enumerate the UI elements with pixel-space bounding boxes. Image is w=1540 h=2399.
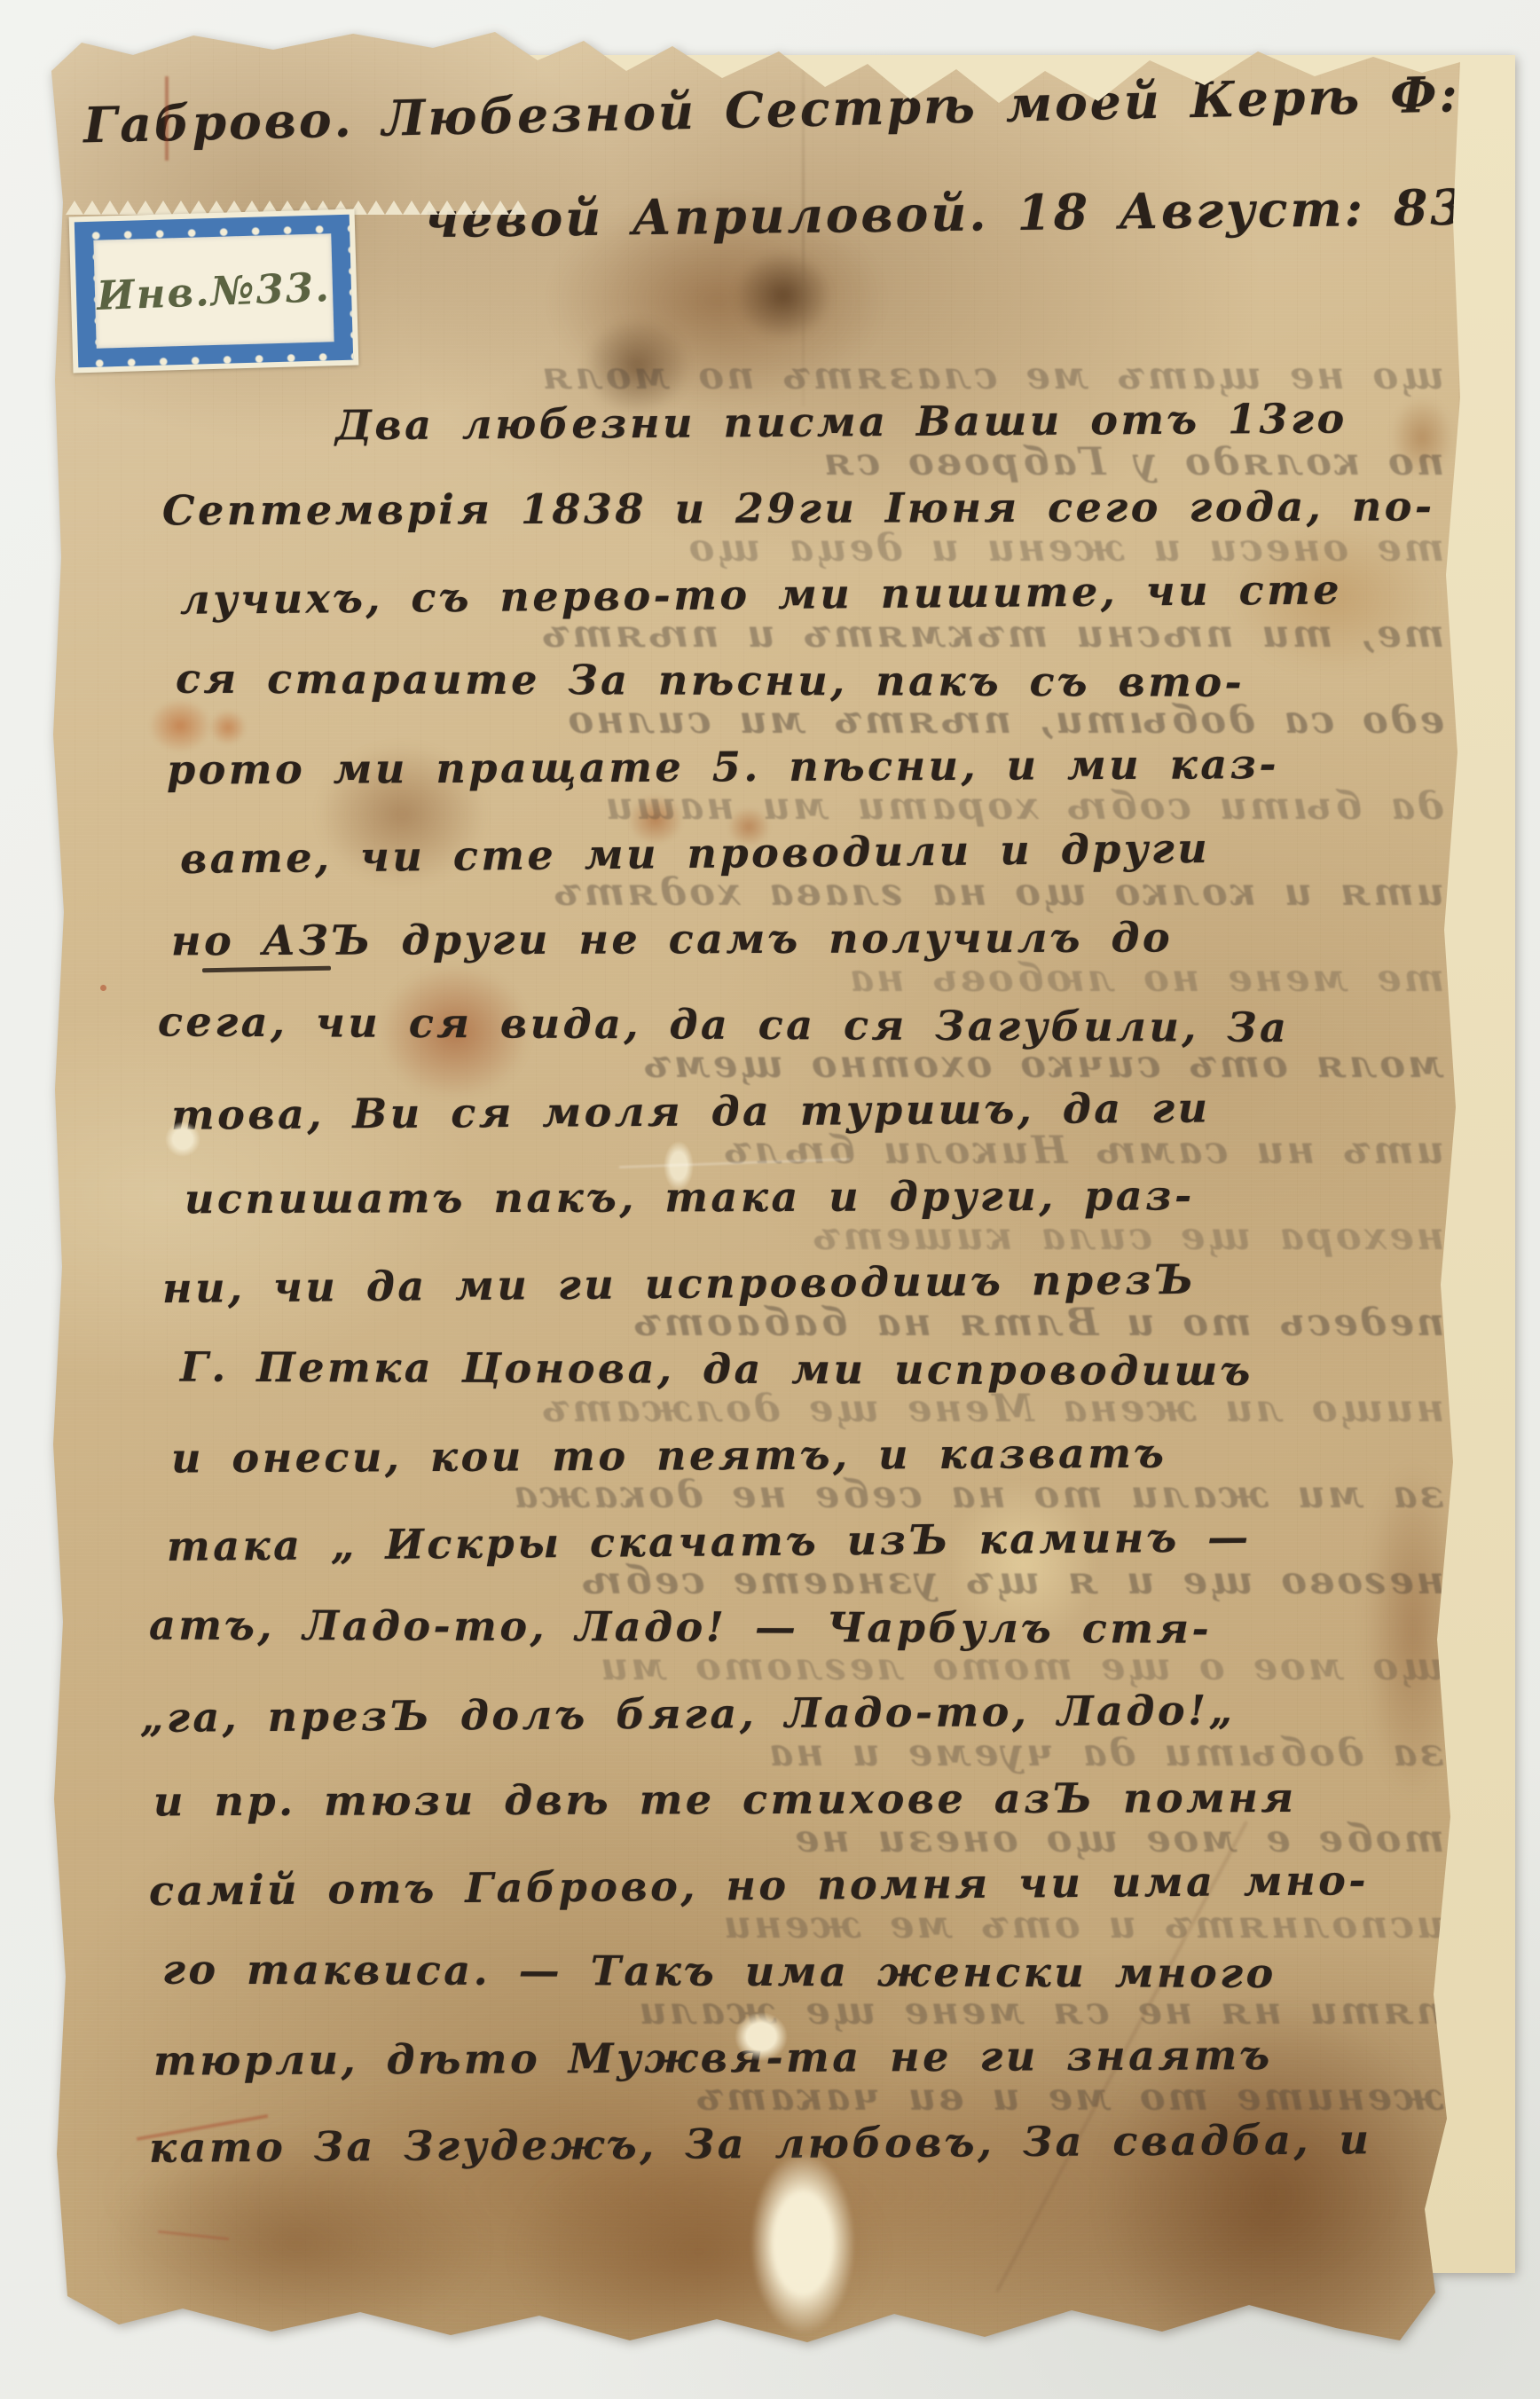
handwritten-line: го таквиса. — Такъ има женски много — [114, 1926, 1426, 2017]
handwritten-line: „га, презЪ долъ бяга, Ладо-то, Ладо!„ — [114, 1666, 1427, 1761]
letter-page: що не щатъ ме слазятъ по моляпо колядо у… — [51, 25, 1460, 2365]
handwritten-line: и пр. тюзи двѣ те стихове азЪ помня — [114, 1754, 1426, 1844]
inventory-number: Инв.№33. — [96, 263, 332, 319]
handwritten-line: тюрли, дѣто Мужвя-та не ги знаятъ — [114, 2011, 1426, 2104]
handwritten-line: и онеси, кои то пеятъ, и казватъ — [114, 1409, 1426, 1502]
red-pencil-mark — [158, 2230, 229, 2240]
handwritten-line: Два любезни писма Ваши отъ 13го — [114, 375, 1427, 470]
handwritten-line: така „ Искры скачатъ изЪ каминъ — — [114, 1493, 1427, 1591]
label-inner: Инв.№33. — [93, 233, 334, 348]
handwritten-line: сега, чи ся вида, да са ся Загубили, За — [114, 979, 1426, 1072]
red-pencil-mark — [100, 985, 106, 991]
letter-body: Два любезни писма Ваши отъ 13гоСептемврі… — [114, 380, 1426, 2187]
paper-crease — [802, 25, 805, 406]
address-line-2: чевой Априловой. 18 Август: 839. Одесс. — [424, 175, 1540, 248]
handwritten-line: лучихъ, съ перво-то ми пишите, чи сте — [114, 547, 1427, 644]
handwritten-line: това, Ви ся моля да туришъ, да ги — [114, 1064, 1427, 1159]
handwritten-line: Г. Петка Цонова, да ми испроводишъ — [114, 1324, 1426, 1414]
handwritten-line: ся стараите За пѣсни, пакъ съ вто- — [114, 635, 1426, 726]
letter-scan: що не щатъ ме слазятъ по моляпо колядо у… — [51, 25, 1513, 2376]
handwritten-line: ни, чи да ми ги испроводишъ презЪ — [114, 1235, 1427, 1333]
handwritten-line: вате, чи сте ми проводили и други — [114, 803, 1427, 902]
handwritten-line: като За Згудежъ, За любовъ, За свадба, и — [114, 2096, 1427, 2191]
inventory-label: Инв.№33. — [69, 209, 359, 374]
handwritten-line: но АЗЪ други не самъ получилъ до — [114, 893, 1426, 984]
handwritten-line: испишатъ пакъ, така и други, раз- — [114, 1152, 1426, 1242]
handwritten-line: рото ми пращате 5. пѣсни, и ми каз- — [114, 720, 1426, 814]
handwritten-line: атъ, Ладо-то, Ладо! — Чарбулъ стя- — [114, 1582, 1426, 1672]
handwritten-line: Септемврія 1838 и 29ги Іюня сего года, п… — [114, 463, 1426, 554]
ink-stain — [735, 251, 832, 340]
red-pencil-mark — [165, 76, 169, 161]
